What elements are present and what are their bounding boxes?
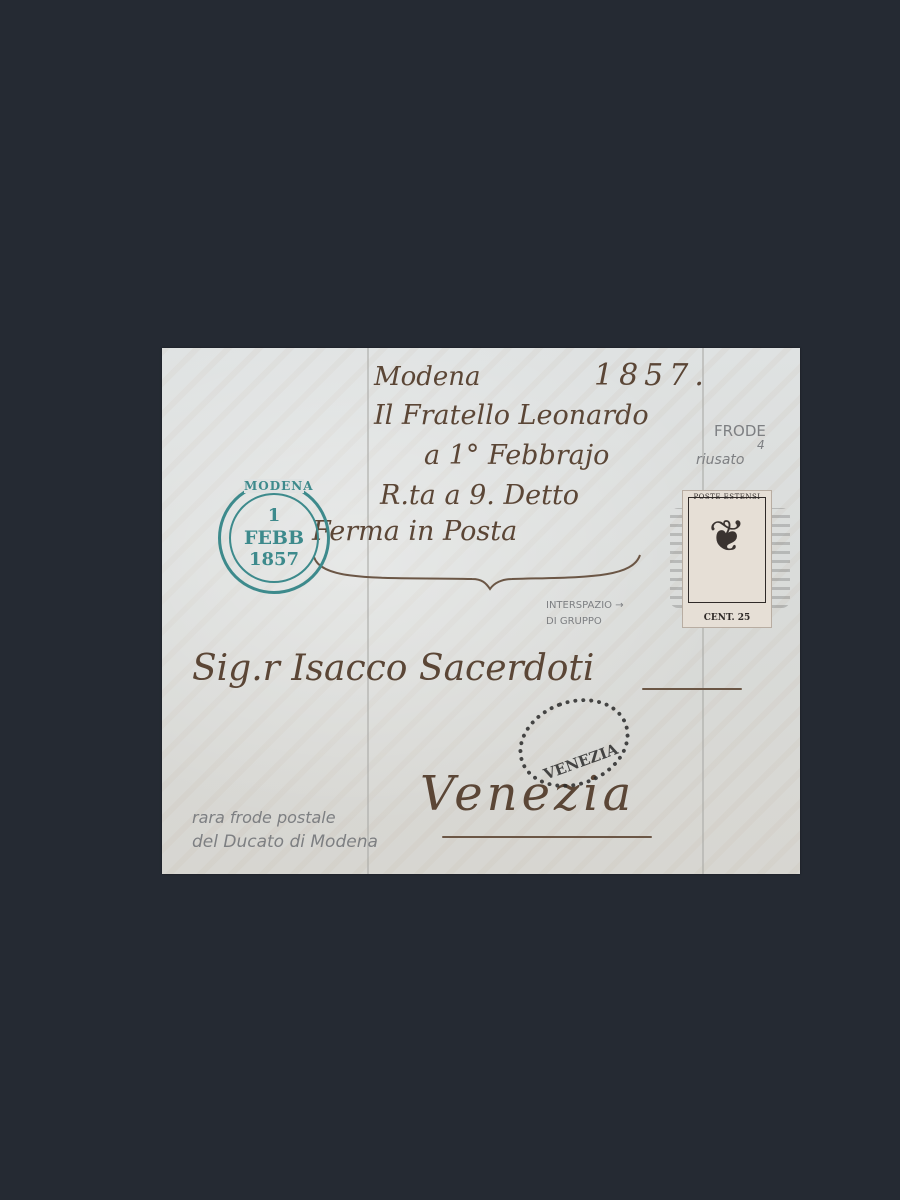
caption-line-1: rara frode postale bbox=[192, 808, 336, 827]
poste-restante-text: Ferma in Posta bbox=[312, 516, 517, 547]
letter-cover: Modena 1857. Il Fratello Leonardo a 1° F… bbox=[162, 348, 800, 874]
date-sent-text: a 1° Febbrajo bbox=[424, 440, 609, 471]
postmark-town: MODENA bbox=[244, 479, 304, 493]
addressee-underline bbox=[642, 688, 742, 690]
postmark-year: 1857 bbox=[221, 549, 327, 570]
date-received-text: R.ta a 9. Detto bbox=[380, 480, 579, 511]
stamp-header: POSTE ESTENSI bbox=[683, 493, 771, 501]
postmark-day: 1 bbox=[221, 505, 327, 526]
flourish-underline bbox=[312, 553, 642, 593]
stamp-value: CENT. 25 bbox=[683, 613, 771, 623]
origin-postmark: MODENA 1 FEBB 1857 bbox=[218, 482, 330, 594]
eagle-crest-icon: ❦ bbox=[683, 515, 771, 559]
fraud-number: 4 bbox=[757, 438, 765, 452]
interspace-note-2: DI GRUPPO bbox=[546, 616, 602, 627]
place-text: Modena bbox=[374, 362, 481, 392]
postmark-month: FEBB bbox=[221, 527, 327, 549]
postage-stamp: POSTE ESTENSI ❦ CENT. 25 bbox=[682, 490, 772, 628]
addressee-text: Sig.r Isacco Sacerdoti bbox=[192, 648, 594, 689]
year-text: 1857. bbox=[594, 358, 710, 393]
fraud-sub: riusato bbox=[696, 452, 744, 468]
interspace-note-1: INTERSPAZIO → bbox=[546, 600, 624, 611]
caption-line-2: del Ducato di Modena bbox=[192, 832, 378, 852]
fold-line bbox=[367, 348, 369, 874]
destination-underline bbox=[442, 836, 652, 838]
sender-text: Il Fratello Leonardo bbox=[374, 400, 649, 431]
